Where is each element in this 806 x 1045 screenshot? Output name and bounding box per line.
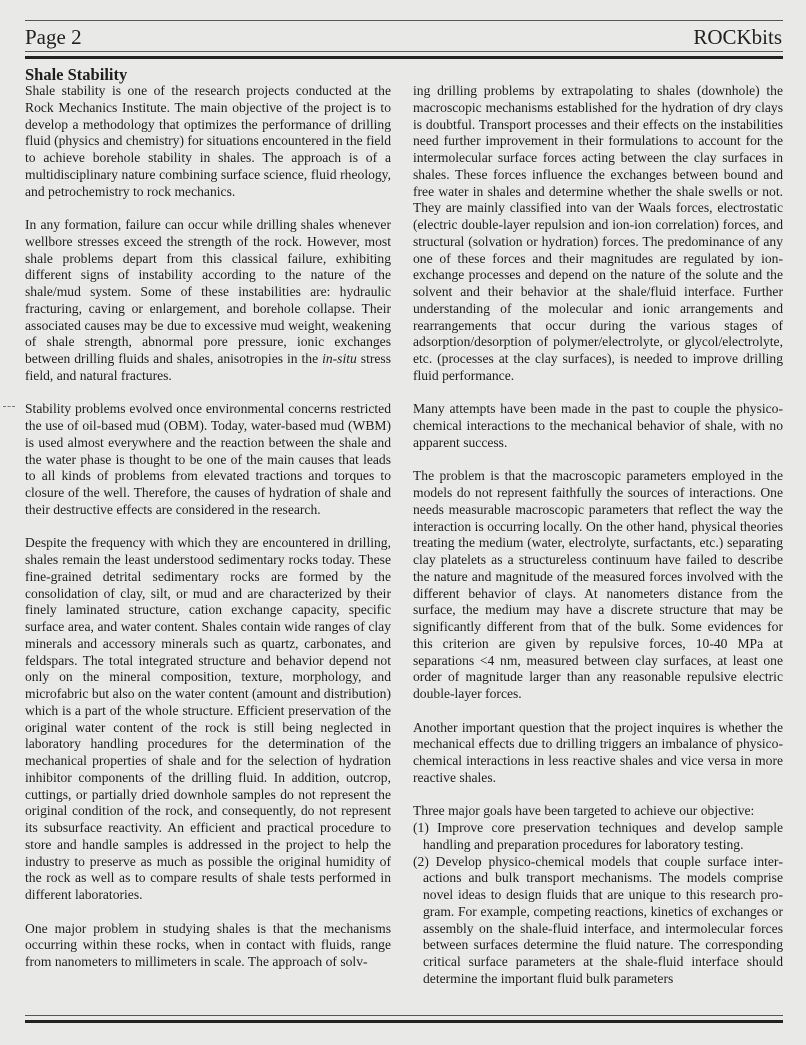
publication-name: ROCKbits	[693, 24, 782, 50]
paragraph: Despite the frequency with which they ar…	[25, 535, 391, 904]
paragraph: The problem is that the macroscopic para…	[413, 468, 783, 703]
paragraph: Another important question that the proj…	[413, 720, 783, 787]
page-number: Page 2	[25, 24, 82, 50]
paragraph: Shale stability is one of the research p…	[25, 83, 391, 200]
italic-term: in-situ	[322, 351, 357, 366]
paragraph: In any formation, failure can occur whil…	[25, 217, 391, 385]
paragraph: ing drilling problems by extrapolating t…	[413, 83, 783, 385]
article-title: Shale Stability	[25, 66, 391, 83]
right-column: ing drilling problems by extrapolating t…	[413, 83, 783, 988]
goal-item: (1) Improve core preservation techniques…	[413, 820, 783, 854]
footer-rule-thin	[25, 1015, 783, 1016]
paragraph: Many attempts have been made in the past…	[413, 401, 783, 451]
goals-list: (1) Improve core preservation techniques…	[413, 820, 783, 988]
header-rule-thick	[25, 56, 783, 59]
header-rule-thin	[25, 51, 783, 52]
paragraph: Stability problems evolved once environm…	[25, 401, 391, 518]
goals-intro: Three major goals have been targeted to …	[413, 803, 783, 820]
left-column: Shale Stability Shale stability is one o…	[25, 66, 391, 971]
header-top-rule	[25, 20, 783, 21]
goal-item: (2) Develop physico-chemical models that…	[413, 854, 783, 988]
footer-rule-thick	[25, 1020, 783, 1023]
margin-mark	[3, 406, 15, 408]
paragraph: One major problem in studying shales is …	[25, 921, 391, 971]
